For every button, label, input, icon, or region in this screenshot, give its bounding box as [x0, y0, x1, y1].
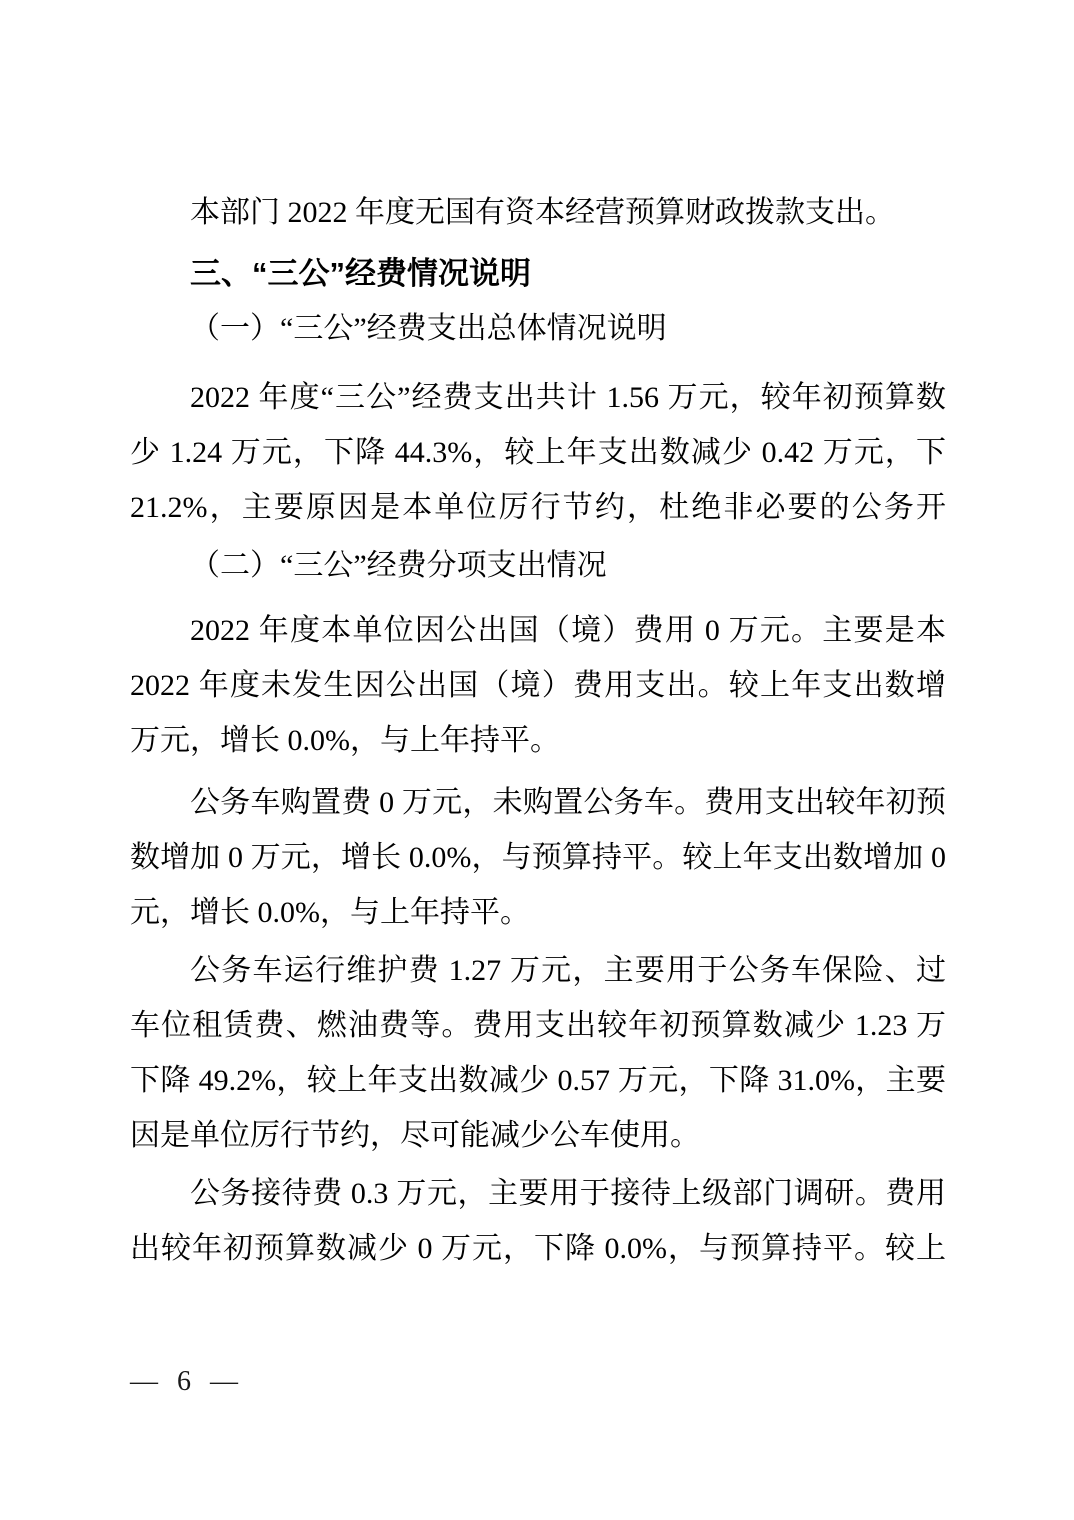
intro-paragraph: 本部门 2022 年度无国有资本经营预算财政拨款支出。 [130, 185, 946, 240]
para-vehicle-purchase-line-2: 数增加 0 万元，增长 0.0%，与预算持平。较上年支出数增加 0 万 [130, 830, 946, 885]
paragraph-total-expense: 2022 年度“三公”经费支出共计 1.56 万元，较年初预算数减 少 1.24… [130, 370, 946, 535]
section3-heading-text: 三、“三公”经费情况说明 [130, 246, 946, 301]
para-total-line-2: 少 1.24 万元，下降 44.3%，较上年支出数减少 0.42 万元，下降 [130, 425, 946, 480]
page-number-footer: — 6 — [130, 1362, 244, 1402]
section3-heading: 三、“三公”经费情况说明 [130, 246, 946, 301]
paragraph-vehicle-maintenance: 公务车运行维护费 1.27 万元，主要用于公务车保险、过路费、 车位租赁费、燃油… [130, 943, 946, 1163]
para-vehicle-maintenance-line-4: 因是单位厉行节约，尽可能减少公车使用。 [130, 1108, 946, 1163]
para-abroad-line-2: 2022 年度未发生因公出国（境）费用支出。较上年支出数增加 0 [130, 658, 946, 713]
para-abroad-line-1: 2022 年度本单位因公出国（境）费用 0 万元。主要是本单位 [130, 603, 946, 658]
subsection1-heading: （一）“三公”经费支出总体情况说明 [130, 301, 946, 356]
intro-line-1: 本部门 2022 年度无国有资本经营预算财政拨款支出。 [130, 185, 946, 240]
subsection2-heading-text: （二）“三公”经费分项支出情况 [130, 538, 946, 593]
paragraph-vehicle-purchase: 公务车购置费 0 万元，未购置公务车。费用支出较年初预算 数增加 0 万元，增长… [130, 775, 946, 940]
para-reception-line-1: 公务接待费 0.3 万元，主要用于接待上级部门调研。费用支 [130, 1166, 946, 1221]
paragraph-reception-expense: 公务接待费 0.3 万元，主要用于接待上级部门调研。费用支 出较年初预算数减少 … [130, 1166, 946, 1276]
subsection1-heading-text: （一）“三公”经费支出总体情况说明 [130, 301, 946, 356]
para-total-line-3: 21.2%，主要原因是本单位厉行节约，杜绝非必要的公务开支。 [130, 480, 946, 535]
paragraph-abroad-expense: 2022 年度本单位因公出国（境）费用 0 万元。主要是本单位 2022 年度未… [130, 603, 946, 768]
para-vehicle-purchase-line-3: 元，增长 0.0%，与上年持平。 [130, 885, 946, 940]
para-vehicle-maintenance-line-1: 公务车运行维护费 1.27 万元，主要用于公务车保险、过路费、 [130, 943, 946, 998]
para-vehicle-purchase-line-1: 公务车购置费 0 万元，未购置公务车。费用支出较年初预算 [130, 775, 946, 830]
para-total-line-1: 2022 年度“三公”经费支出共计 1.56 万元，较年初预算数减 [130, 370, 946, 425]
para-vehicle-maintenance-line-3: 下降 49.2%，较上年支出数减少 0.57 万元，下降 31.0%，主要原 [130, 1053, 946, 1108]
para-vehicle-maintenance-line-2: 车位租赁费、燃油费等。费用支出较年初预算数减少 1.23 万元， [130, 998, 946, 1053]
document-page: 本部门 2022 年度无国有资本经营预算财政拨款支出。 三、“三公”经费情况说明… [0, 0, 1074, 1520]
subsection2-heading: （二）“三公”经费分项支出情况 [130, 538, 946, 593]
document-body: 本部门 2022 年度无国有资本经营预算财政拨款支出。 三、“三公”经费情况说明… [130, 0, 946, 1276]
para-abroad-line-3: 万元，增长 0.0%，与上年持平。 [130, 713, 946, 768]
para-reception-line-2: 出较年初预算数减少 0 万元，下降 0.0%，与预算持平。较上年支 [130, 1221, 946, 1276]
